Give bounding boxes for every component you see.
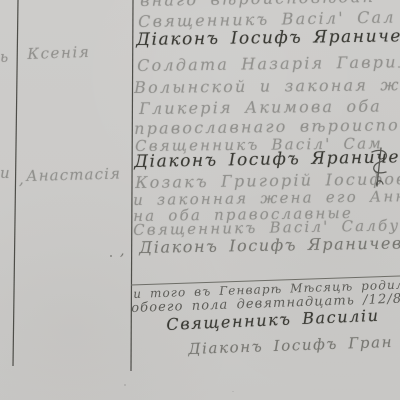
name-column-entry: Ксенія — [27, 43, 91, 63]
paper-speck — [232, 391, 234, 392]
handwritten-line: Солдата Назарія Гаврил — [137, 52, 400, 75]
comma-mark: , — [120, 243, 124, 259]
edge-fragment: и — [0, 164, 10, 182]
scanned-register-page: ь и Ксенія , Анастасія внаго вѣроисповѣд… — [0, 0, 400, 400]
signature-flourish — [366, 146, 396, 190]
paper-speck — [124, 384, 126, 386]
paper-speck — [110, 255, 112, 257]
handwritten-line: Волынской и законая же — [134, 75, 400, 97]
column-rule-left — [13, 0, 18, 366]
handwritten-line: Гликерія Акимова оба — [139, 96, 382, 118]
name-column-entry: Анастасія — [26, 165, 121, 185]
handwritten-line: Діаконъ Іосифъ Яраничев — [136, 26, 400, 50]
edge-fragment: ь — [0, 48, 8, 66]
comma-mark: , — [19, 170, 24, 188]
